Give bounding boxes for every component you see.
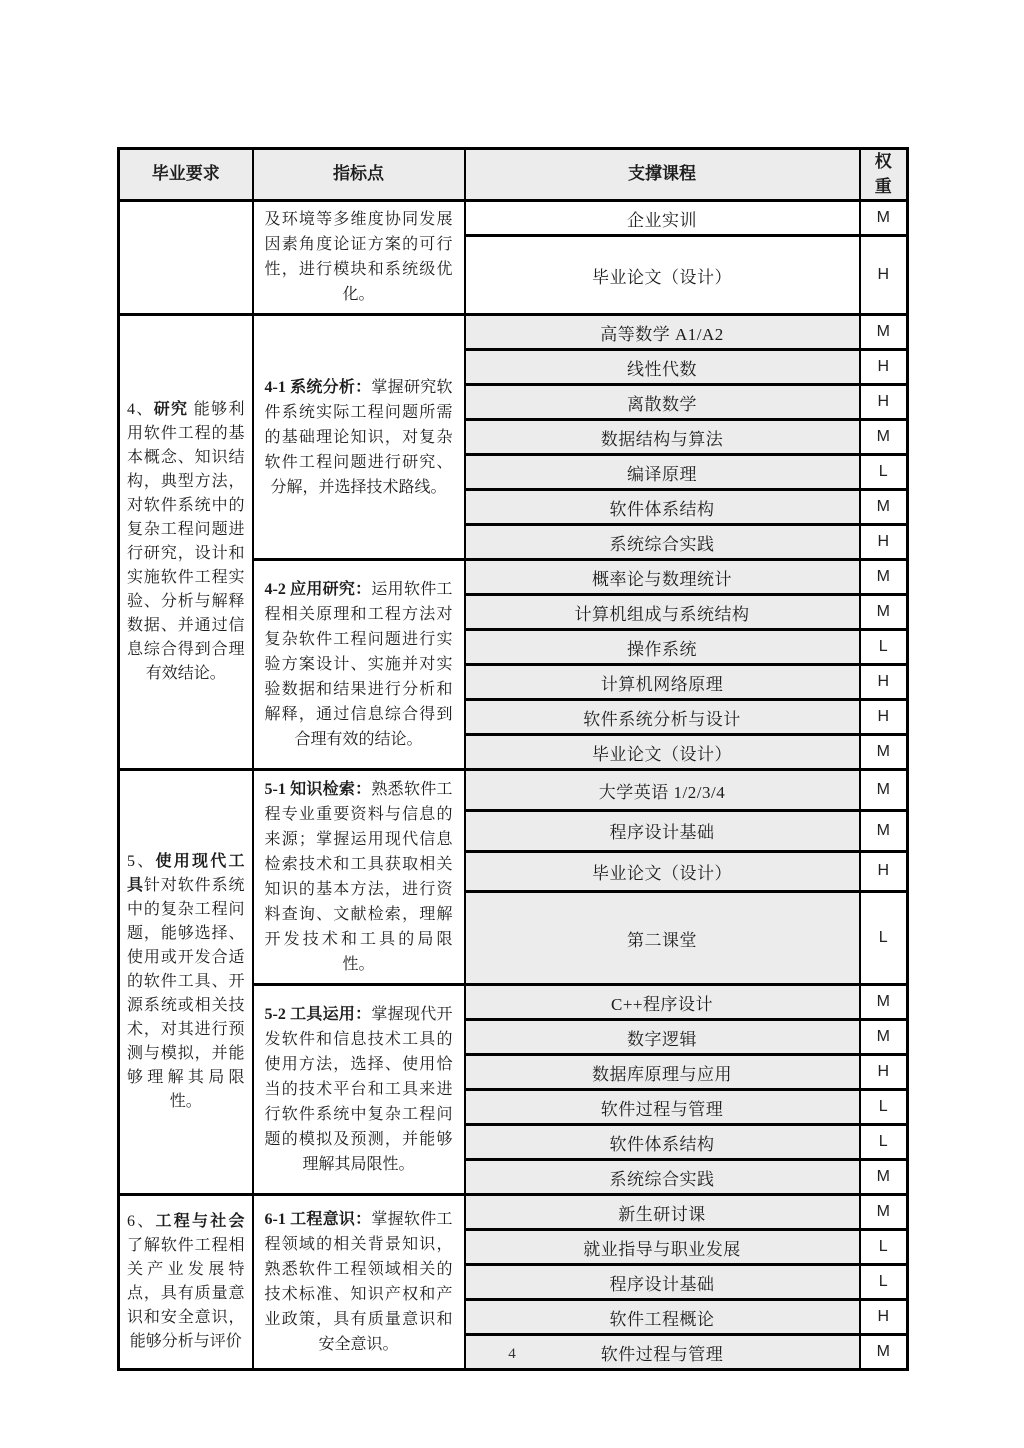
indicator-number: 4-2 [265,581,291,598]
weight-cell: L [860,1125,908,1160]
header-weight: 权重 [860,149,908,201]
header-requirement: 毕业要求 [119,149,253,201]
weight-cell: M [860,735,908,770]
indicator-cell-4-2: 4-2 应用研究：运用软件工程相关原理和工程方法对复杂软件工程问题进行实验方案设… [253,560,465,770]
course-cell: 系统综合实践 [465,525,860,560]
weight-cell: L [860,1265,908,1300]
indicator-text: 掌握研究软件系统实际工程问题所需的基础理论知识，对复杂软件工程问题进行研究、分解… [265,379,453,496]
course-cell: 操作系统 [465,630,860,665]
course-cell: 程序设计基础 [465,810,860,851]
indicator-text: 及环境等多维度协同发展因素角度论证方案的可行性，进行模块和系统级优化。 [265,211,453,303]
course-cell: 计算机网络原理 [465,665,860,700]
requirement-text: 了解软件工程相关产业发展特点，具有质量意识和安全意识，能够分析与评价 [127,1237,245,1350]
indicator-text: 掌握现代开发软件和信息技术工具的使用方法，选择、使用恰当的技术平台和工具来进行软… [265,1006,453,1173]
document-page: 毕业要求 指标点 支撑课程 权重 及环境等多维度协同发展因素角度论证方案的可行性… [0,0,1024,1448]
requirement-number: 6、 [127,1213,156,1230]
course-cell: 系统综合实践 [465,1160,860,1195]
course-cell: 新生研讨课 [465,1195,860,1230]
weight-cell: H [860,1300,908,1335]
weight-cell: H [860,525,908,560]
indicator-number: 5-2 [265,1006,291,1023]
indicator-cell-5-2: 5-2 工具运用：掌握现代开发软件和信息技术工具的使用方法，选择、使用恰当的技术… [253,985,465,1195]
course-cell: 线性代数 [465,350,860,385]
page-number: 4 [0,1346,1024,1363]
weight-cell: M [860,420,908,455]
requirement-cell-5: 5、使用现代工具针对软件系统中的复杂工程问题，能够选择、使用或开发合适的软件工具… [119,770,253,1195]
table-row: 5、使用现代工具针对软件系统中的复杂工程问题，能够选择、使用或开发合适的软件工具… [119,770,908,811]
header-row: 毕业要求 指标点 支撑课程 权重 [119,149,908,201]
weight-cell: L [860,630,908,665]
indicator-text: 熟悉软件工程专业重要资料与信息的来源；掌握运用现代信息检索技术和工具获取相关知识… [265,781,453,973]
course-cell: 企业实训 [465,201,860,236]
requirement-cell-4: 4、研究 能够利用软件工程的基本概念、知识结构，典型方法，对软件系统中的复杂工程… [119,315,253,770]
requirement-text: 能够利用软件工程的基本概念、知识结构，典型方法，对软件系统中的复杂工程问题进行研… [127,401,245,682]
course-cell: 数据库原理与应用 [465,1055,860,1090]
weight-cell: H [860,700,908,735]
course-cell: 软件体系结构 [465,1125,860,1160]
indicator-label: 应用研究： [290,581,371,598]
weight-cell: H [860,350,908,385]
course-cell: 毕业论文（设计） [465,735,860,770]
course-cell: 就业指导与职业发展 [465,1230,860,1265]
indicator-number: 5-1 [265,781,291,798]
requirement-number: 5、 [127,853,156,870]
course-cell: 软件过程与管理 [465,1090,860,1125]
weight-cell: M [860,201,908,236]
course-cell: 概率论与数理统计 [465,560,860,595]
requirement-cell-cont [119,201,253,315]
requirement-label: 研究 [154,401,189,418]
indicator-cell-cont: 及环境等多维度协同发展因素角度论证方案的可行性，进行模块和系统级优化。 [253,201,465,315]
weight-cell: M [860,810,908,851]
course-cell: 离散数学 [465,385,860,420]
weight-cell: M [860,1160,908,1195]
weight-cell: H [860,1055,908,1090]
weight-cell: M [860,490,908,525]
weight-cell: M [860,1195,908,1230]
indicator-label: 工程意识： [290,1211,371,1228]
indicator-text: 运用软件工程相关原理和工程方法对复杂软件工程问题进行实验方案设计、实施并对实验数… [265,581,453,748]
weight-cell: H [860,851,908,892]
header-indicator: 指标点 [253,149,465,201]
weight-cell: M [860,560,908,595]
weight-cell: M [860,315,908,350]
requirement-label: 工程与社会 [156,1213,245,1230]
weight-cell: M [860,595,908,630]
course-cell: 高等数学 A1/A2 [465,315,860,350]
weight-cell: H [860,385,908,420]
course-cell: 毕业论文（设计） [465,236,860,315]
indicator-label: 知识检索： [290,781,371,798]
table-row: 4、研究 能够利用软件工程的基本概念、知识结构，典型方法，对软件系统中的复杂工程… [119,315,908,350]
indicator-label: 工具运用： [290,1006,371,1023]
course-cell: 软件系统分析与设计 [465,700,860,735]
weight-cell: L [860,892,908,985]
header-courses: 支撑课程 [465,149,860,201]
indicator-cell-6-1: 6-1 工程意识：掌握软件工程领域的相关背景知识，熟悉软件工程领域相关的技术标准… [253,1195,465,1370]
course-cell: 第二课堂 [465,892,860,985]
weight-cell: H [860,665,908,700]
requirement-number: 4、 [127,401,154,418]
indicator-text: 掌握软件工程领域的相关背景知识，熟悉软件工程领域相关的技术标准、知识产权和产业政… [265,1211,453,1353]
weight-cell: H [860,236,908,315]
course-cell: 软件工程概论 [465,1300,860,1335]
indicator-label: 系统分析： [290,379,371,396]
indicator-cell-5-1: 5-1 知识检索：熟悉软件工程专业重要资料与信息的来源；掌握运用现代信息检索技术… [253,770,465,985]
table-row: 及环境等多维度协同发展因素角度论证方案的可行性，进行模块和系统级优化。 企业实训… [119,201,908,236]
weight-cell: M [860,1020,908,1055]
weight-cell: L [860,455,908,490]
course-cell: 毕业论文（设计） [465,851,860,892]
weight-cell: M [860,770,908,811]
course-cell: C++程序设计 [465,985,860,1020]
requirement-cell-6: 6、工程与社会 了解软件工程相关产业发展特点，具有质量意识和安全意识，能够分析与… [119,1195,253,1370]
course-cell: 数字逻辑 [465,1020,860,1055]
course-cell: 程序设计基础 [465,1265,860,1300]
table-row: 6、工程与社会 了解软件工程相关产业发展特点，具有质量意识和安全意识，能够分析与… [119,1195,908,1230]
indicator-number: 4-1 [265,379,291,396]
course-cell: 软件体系结构 [465,490,860,525]
course-cell: 大学英语 1/2/3/4 [465,770,860,811]
indicator-number: 6-1 [265,1211,291,1228]
course-cell: 编译原理 [465,455,860,490]
indicator-cell-4-1: 4-1 系统分析：掌握研究软件系统实际工程问题所需的基础理论知识，对复杂软件工程… [253,315,465,560]
weight-cell: L [860,1230,908,1265]
weight-cell: L [860,1090,908,1125]
course-cell: 计算机组成与系统结构 [465,595,860,630]
support-course-matrix: 毕业要求 指标点 支撑课程 权重 及环境等多维度协同发展因素角度论证方案的可行性… [117,147,909,1371]
course-cell: 数据结构与算法 [465,420,860,455]
requirement-text: 针对软件系统中的复杂工程问题，能够选择、使用或开发合适的软件工具、开源系统或相关… [127,877,245,1110]
weight-cell: M [860,985,908,1020]
